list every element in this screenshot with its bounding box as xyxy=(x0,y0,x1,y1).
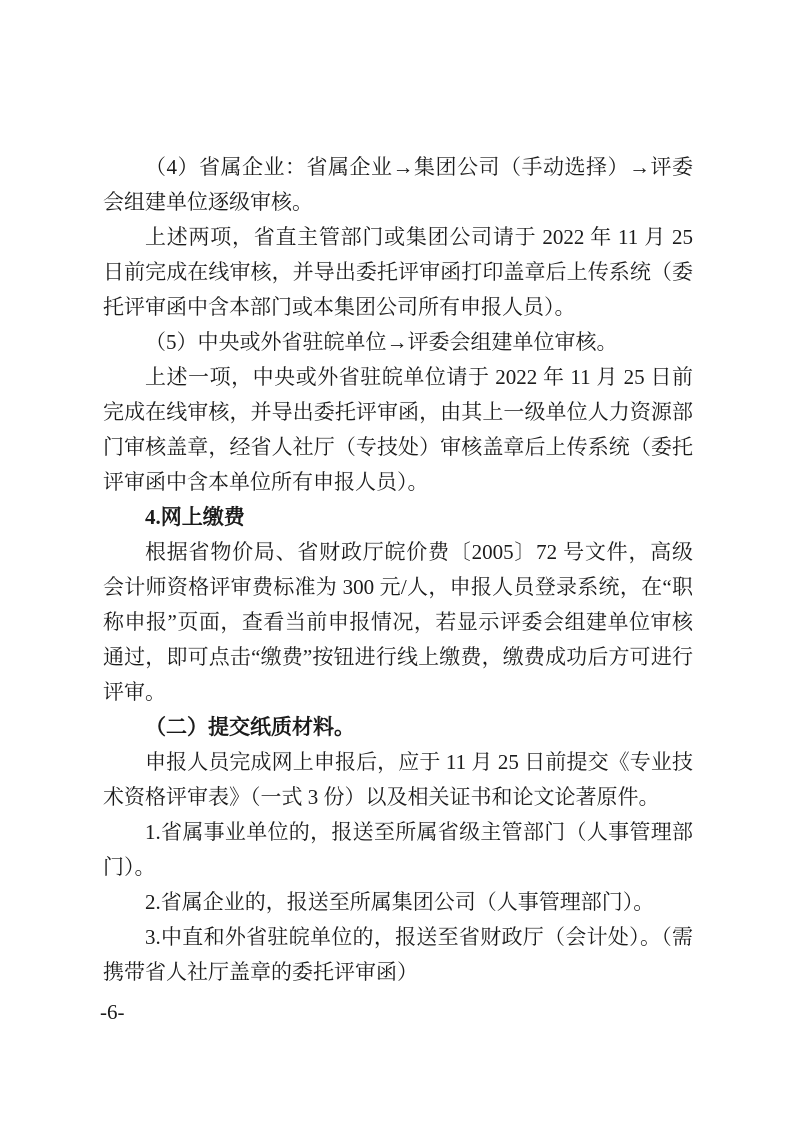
list-item-2-provincial-enterprises: 2.省属企业的，报送至所属集团公司（人事管理部门）。 xyxy=(103,885,693,920)
para-one-item-review-deadline: 上述一项，中央或外省驻皖单位请于 2022 年 11 月 25 日前完成在线审核… xyxy=(103,360,693,500)
heading-submit-paper-materials: （二）提交纸质材料。 xyxy=(103,710,693,745)
para-two-items-review-deadline: 上述两项，省直主管部门或集团公司请于 2022 年 11 月 25 日前完成在线… xyxy=(103,220,693,325)
list-item-1-provincial-institutions: 1.省属事业单位的，报送至所属省级主管部门（人事管理部门）。 xyxy=(103,815,693,885)
para-item5-central-unit-route: （5）中央或外省驻皖单位→评委会组建单位审核。 xyxy=(103,325,693,360)
page-number: -6- xyxy=(100,995,125,1030)
para-payment-standard-details: 根据省物价局、省财政厅皖价费〔2005〕72 号文件，高级会计师资格评审费标准为… xyxy=(103,535,693,710)
para-paper-submission-deadline: 申报人员完成网上申报后，应于 11 月 25 日前提交《专业技术资格评审表》（一… xyxy=(103,745,693,815)
list-item-3-central-units: 3.中直和外省驻皖单位的，报送至省财政厅（会计处）。（需携带省人社厅盖章的委托评… xyxy=(103,920,693,990)
document-page: （4）省属企业：省属企业→集团公司（手动选择）→评委会组建单位逐级审核。 上述两… xyxy=(0,0,793,1122)
para-item4-provincial-enterprise-route: （4）省属企业：省属企业→集团公司（手动选择）→评委会组建单位逐级审核。 xyxy=(103,150,693,220)
document-body: （4）省属企业：省属企业→集团公司（手动选择）→评委会组建单位逐级审核。 上述两… xyxy=(103,150,693,990)
heading-online-payment: 4.网上缴费 xyxy=(103,500,693,535)
